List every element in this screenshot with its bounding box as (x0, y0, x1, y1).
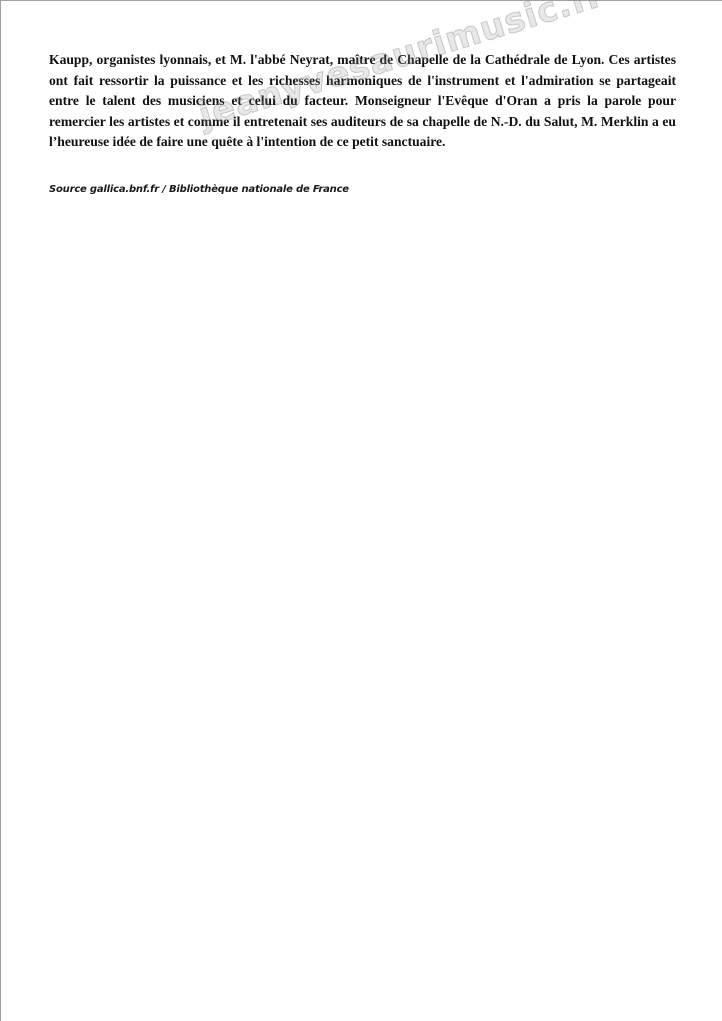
document-page: Kaupp, organistes lyonnais, et M. l'abbé… (0, 0, 722, 1021)
body-paragraph: Kaupp, organistes lyonnais, et M. l'abbé… (49, 50, 676, 153)
source-attribution: Source gallica.bnf.fr / Bibliothèque nat… (49, 184, 349, 195)
